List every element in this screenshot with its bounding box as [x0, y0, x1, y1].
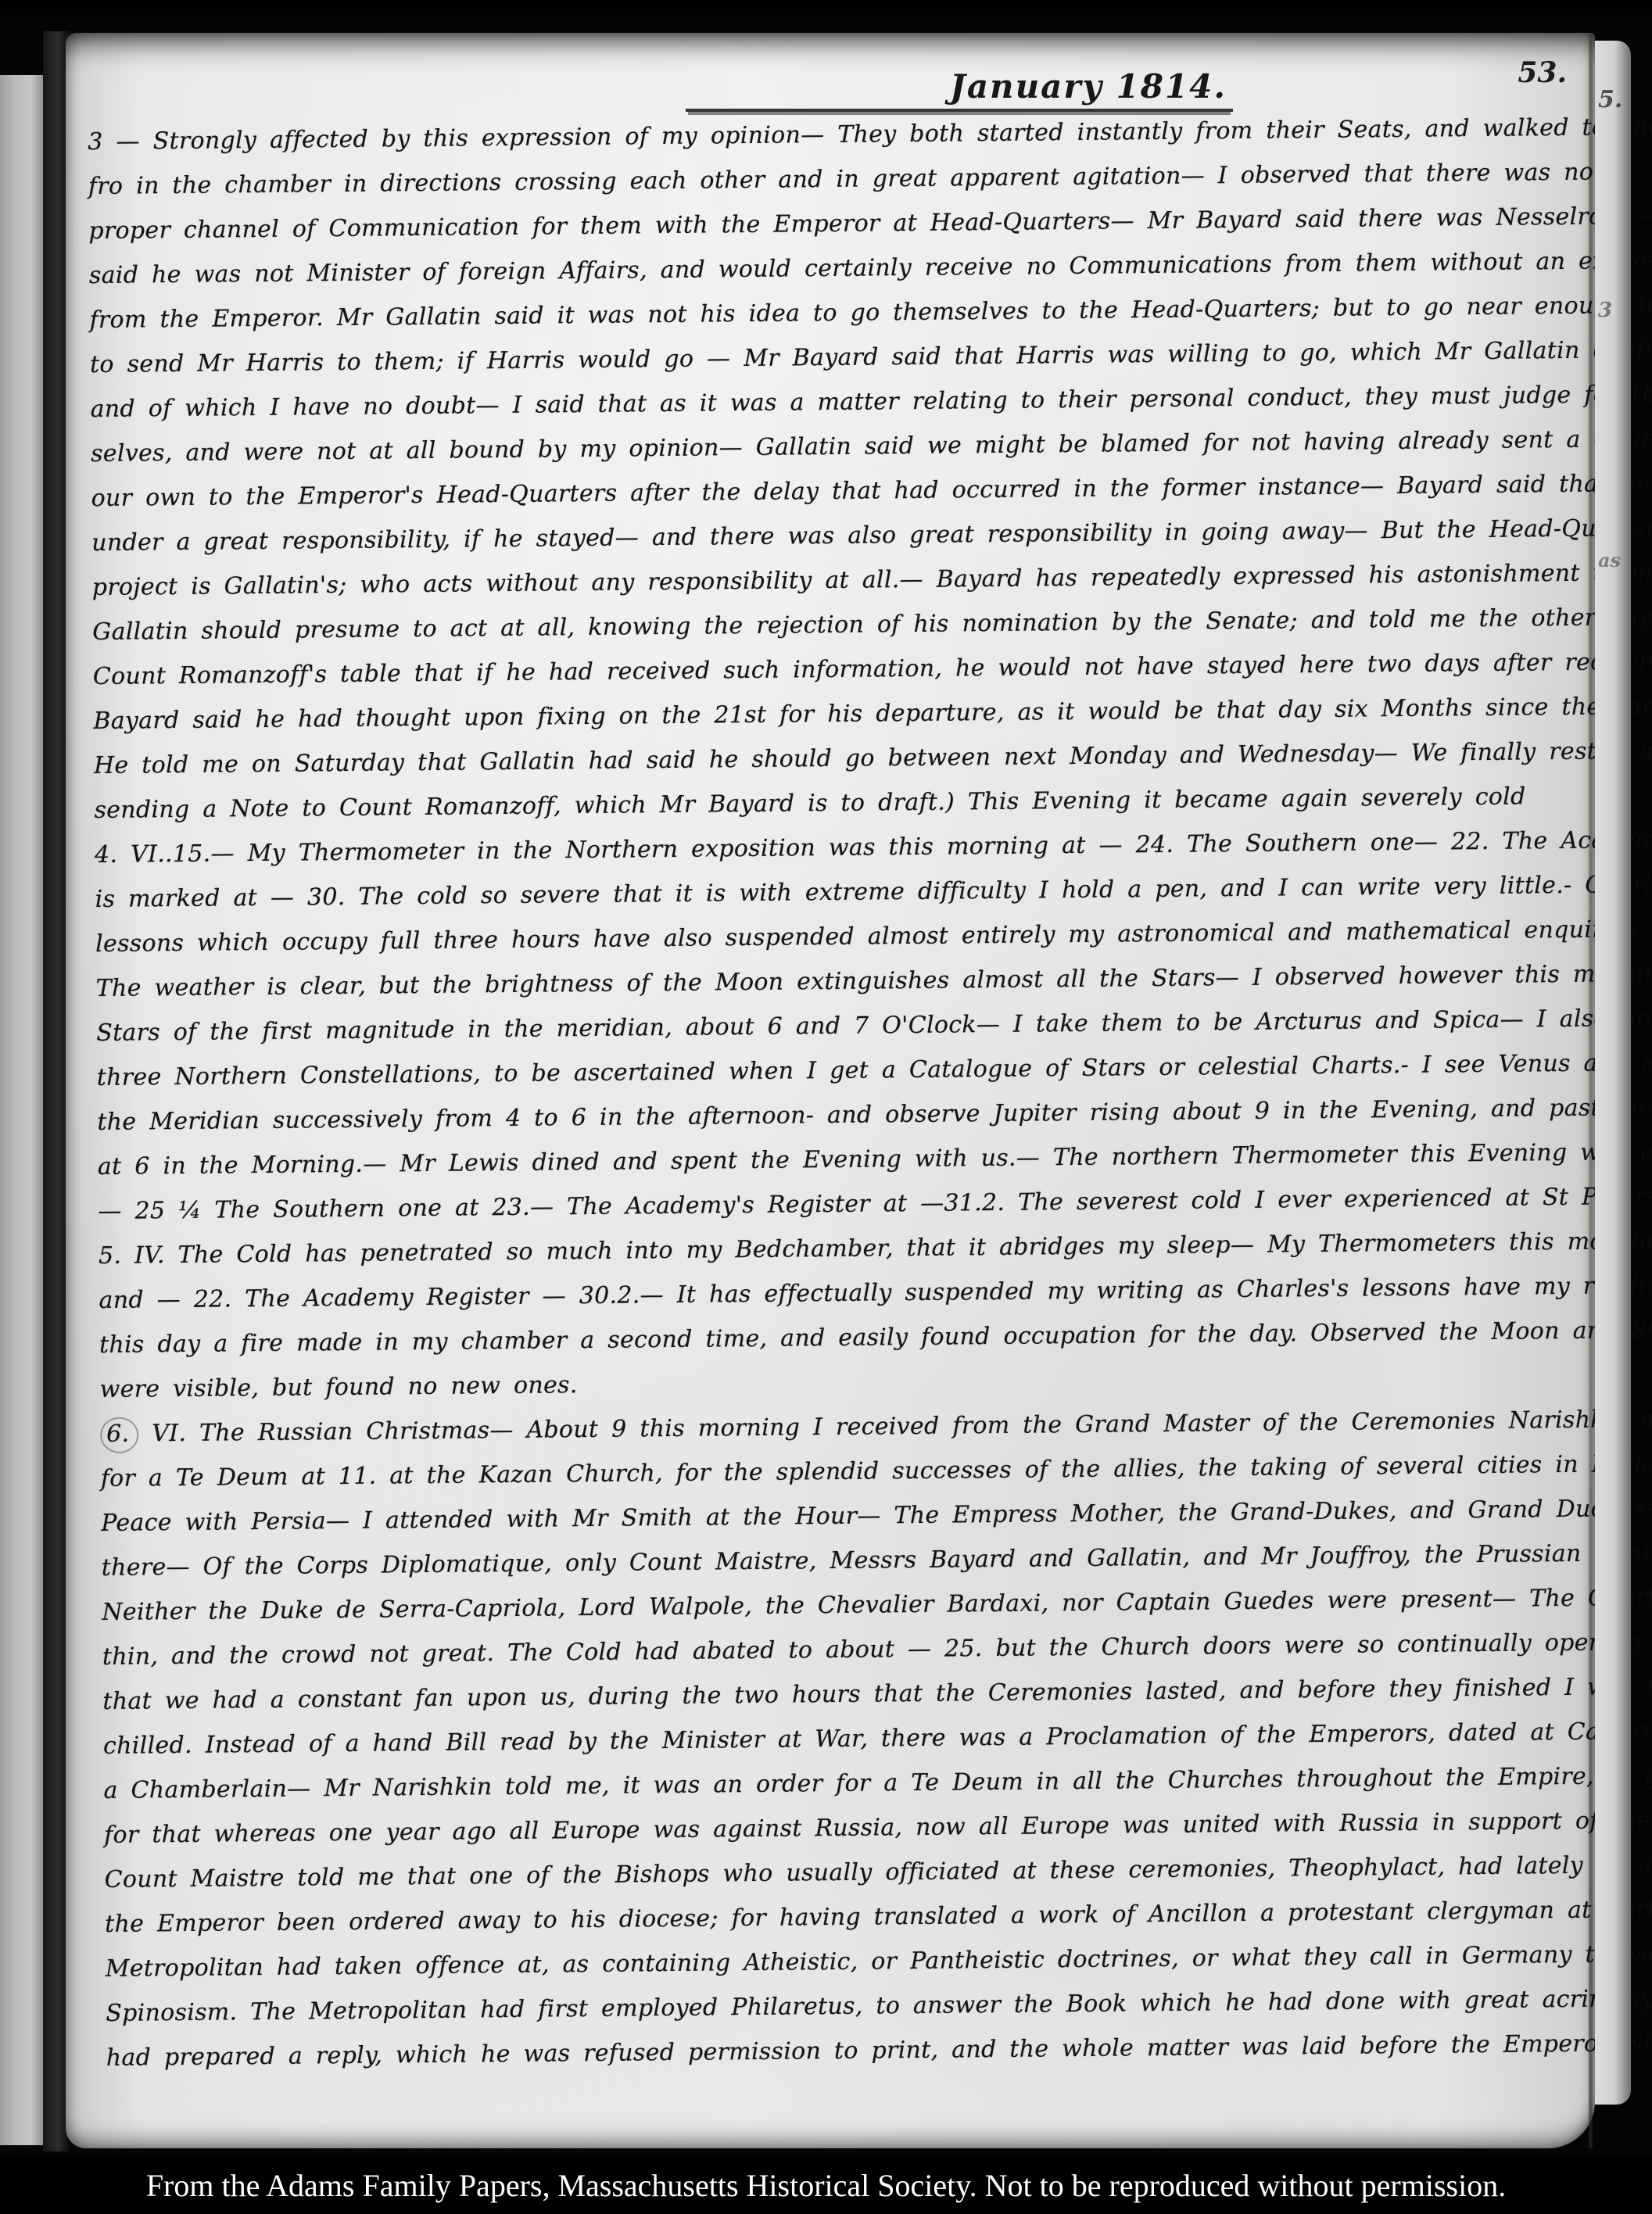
paper-sheet: January 1814. 53. 3 — Strongly affected …	[66, 33, 1595, 2148]
scanner-top-band	[0, 0, 1652, 31]
footer-credit-text: From the Adams Family Papers, Massachuse…	[146, 2167, 1506, 2204]
page-title-text: January 1814.	[686, 67, 1233, 112]
previous-page-edge	[0, 75, 45, 2145]
circled-entry-number: 6.	[100, 1417, 139, 1453]
page-number: 53.	[1518, 56, 1567, 89]
footer-credit-bar: From the Adams Family Papers, Massachuse…	[0, 2156, 1652, 2214]
edge-fragment: 3	[1598, 299, 1612, 322]
edge-fragment: 5.	[1598, 86, 1622, 113]
edge-fragment: as	[1598, 549, 1621, 571]
page-title: January 1814.	[66, 67, 1595, 112]
manuscript-lines: 3 — Strongly affected by this expression…	[88, 106, 1587, 2080]
next-page-edge: 5. 3 as	[1595, 41, 1631, 2105]
manuscript-scan: January 1814. 53. 3 — Strongly affected …	[0, 0, 1652, 2214]
